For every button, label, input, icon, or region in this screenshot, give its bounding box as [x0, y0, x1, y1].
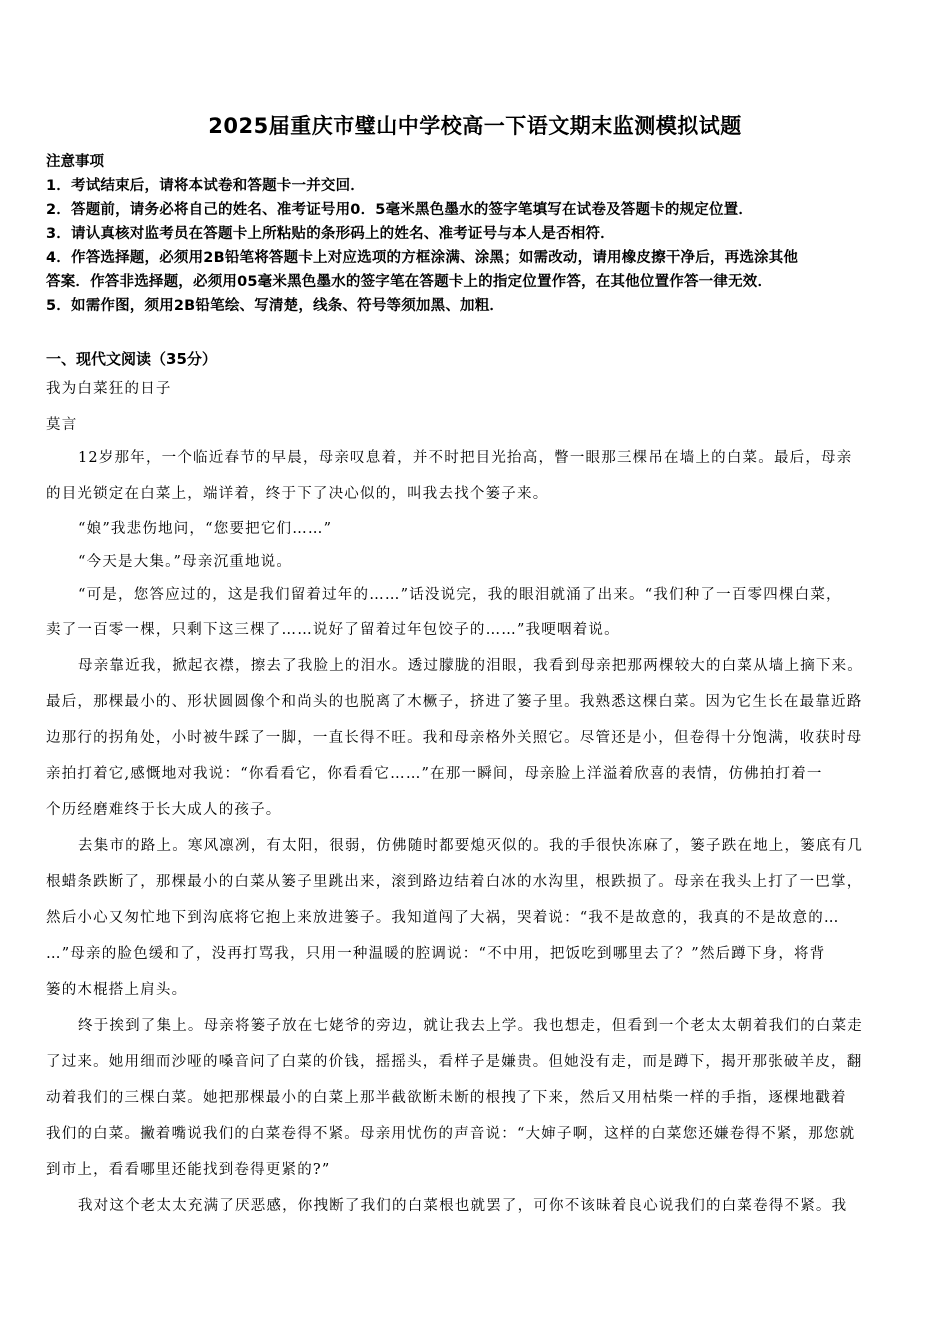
body-line: 母亲靠近我，掀起衣襟，擦去了我脸上的泪水。透过朦胧的泪眼，我看到母亲把那两棵较大… — [78, 654, 863, 675]
body-line: 个历经磨难终于长大成人的孩子。 — [46, 798, 282, 819]
body-line: 了过来。她用细而沙哑的嗓音问了白菜的价钱，摇摇头，看样子是嫌贵。但她没有走，而是… — [46, 1050, 862, 1071]
body-line: 最后，那棵最小的、形状圆圆像个和尚头的也脱离了木橛子，挤进了篓子里。我熟悉这棵白… — [46, 690, 862, 711]
body-line: “今天是大集。”母亲沉重地说。 — [78, 550, 292, 571]
body-line: 然后小心又匆忙地下到沟底将它抱上来放进篓子。我知道闯了大祸，哭着说：“我不是故意… — [46, 906, 840, 927]
document-title: 2025届重庆市璧山中学校高一下语文期末监测模拟试题 — [0, 110, 950, 140]
body-line: 亲拍打着它,感慨地对我说：“你看看它，你看看它……”在那一瞬间，母亲脸上洋溢着欣… — [46, 762, 823, 783]
article-author: 莫言 — [46, 413, 77, 434]
notice-line: 5．如需作图，须用2B铅笔绘、写清楚，线条、符号等须加黑、加粗． — [46, 294, 916, 318]
article-title: 我为白菜狂的日子 — [46, 377, 172, 398]
notice-line: 3．请认真核对监考员在答题卡上所粘贴的条形码上的姓名、准考证号与本人是否相符． — [46, 222, 916, 246]
body-line: …”母亲的脸色缓和了，没再打骂我，只用一种温暖的腔调说：“不中用，把饭吃到哪里去… — [46, 942, 825, 963]
body-line: 根蜡条跌断了，那棵最小的白菜从篓子里跳出来，滚到路边结着白冰的水沟里，根跌损了。… — [46, 870, 862, 891]
body-line: 到市上，看看哪里还能找到卷得更紧的?” — [46, 1158, 331, 1179]
body-line: 动着我们的三棵白菜。她把那棵最小的白菜上那半截欲断未断的根拽了下来，然后又用枯柴… — [46, 1086, 847, 1107]
notice-line: 答案．作答非选择题，必须用05毫米黑色墨水的签字笔在答题卡上的指定位置作答，在其… — [46, 270, 916, 294]
body-line: 12岁那年，一个临近春节的早晨，母亲叹息着，并不时把目光抬高，瞥一眼那三棵吊在墙… — [78, 446, 852, 467]
body-line: “娘”我悲伤地问，“您要把它们……” — [78, 517, 332, 538]
body-line: 边那行的拐角处，小时被牛踩了一脚，一直长得不旺。我和母亲格外关照它。尽管还是小，… — [46, 726, 862, 747]
notice-line: 2．答题前，请务必将自己的姓名、准考证号用0．5毫米黑色墨水的签字笔填写在试卷及… — [46, 198, 916, 222]
body-line: 的目光锁定在白菜上，端详着，终于下了决心似的，叫我去找个篓子来。 — [46, 482, 548, 503]
body-line: 篓的木棍搭上肩头。 — [46, 978, 187, 999]
body-line: 我们的白菜。撇着嘴说我们的白菜卷得不紧。母亲用忧伤的声音说：“大婶子啊，这样的白… — [46, 1122, 855, 1143]
notice-heading: 注意事项 — [46, 150, 916, 174]
body-line: 我对这个老太太充满了厌恶感，你拽断了我们的白菜根也就罢了，可你不该昧着良心说我们… — [78, 1194, 847, 1215]
body-line: 终于挨到了集上。母亲将篓子放在七姥爷的旁边，就让我去上学。我也想走，但看到一个老… — [78, 1014, 863, 1035]
body-line: “可是，您答应过的，这是我们留着过年的……”话没说完，我的眼泪就涌了出来。“我们… — [78, 583, 842, 604]
notice-line: 4．作答选择题，必须用2B铅笔将答题卡上对应选项的方框涂满、涂黑；如需改动，请用… — [46, 246, 916, 270]
document-page: 2025届重庆市璧山中学校高一下语文期末监测模拟试题 注意事项 1．考试结束后，… — [0, 0, 950, 1344]
body-line: 卖了一百零一棵，只剩下这三棵了……说好了留着过年包饺子的……”我哽咽着说。 — [46, 618, 620, 639]
notice-line: 1．考试结束后，请将本试卷和答题卡一并交回． — [46, 174, 916, 198]
notice-block: 注意事项 1．考试结束后，请将本试卷和答题卡一并交回． 2．答题前，请务必将自己… — [46, 150, 916, 318]
section-heading: 一、现代文阅读（35分） — [46, 348, 217, 369]
body-line: 去集市的路上。寒风凛冽，有太阳，很弱，仿佛随时都要熄灭似的。我的手很快冻麻了，篓… — [78, 834, 863, 855]
